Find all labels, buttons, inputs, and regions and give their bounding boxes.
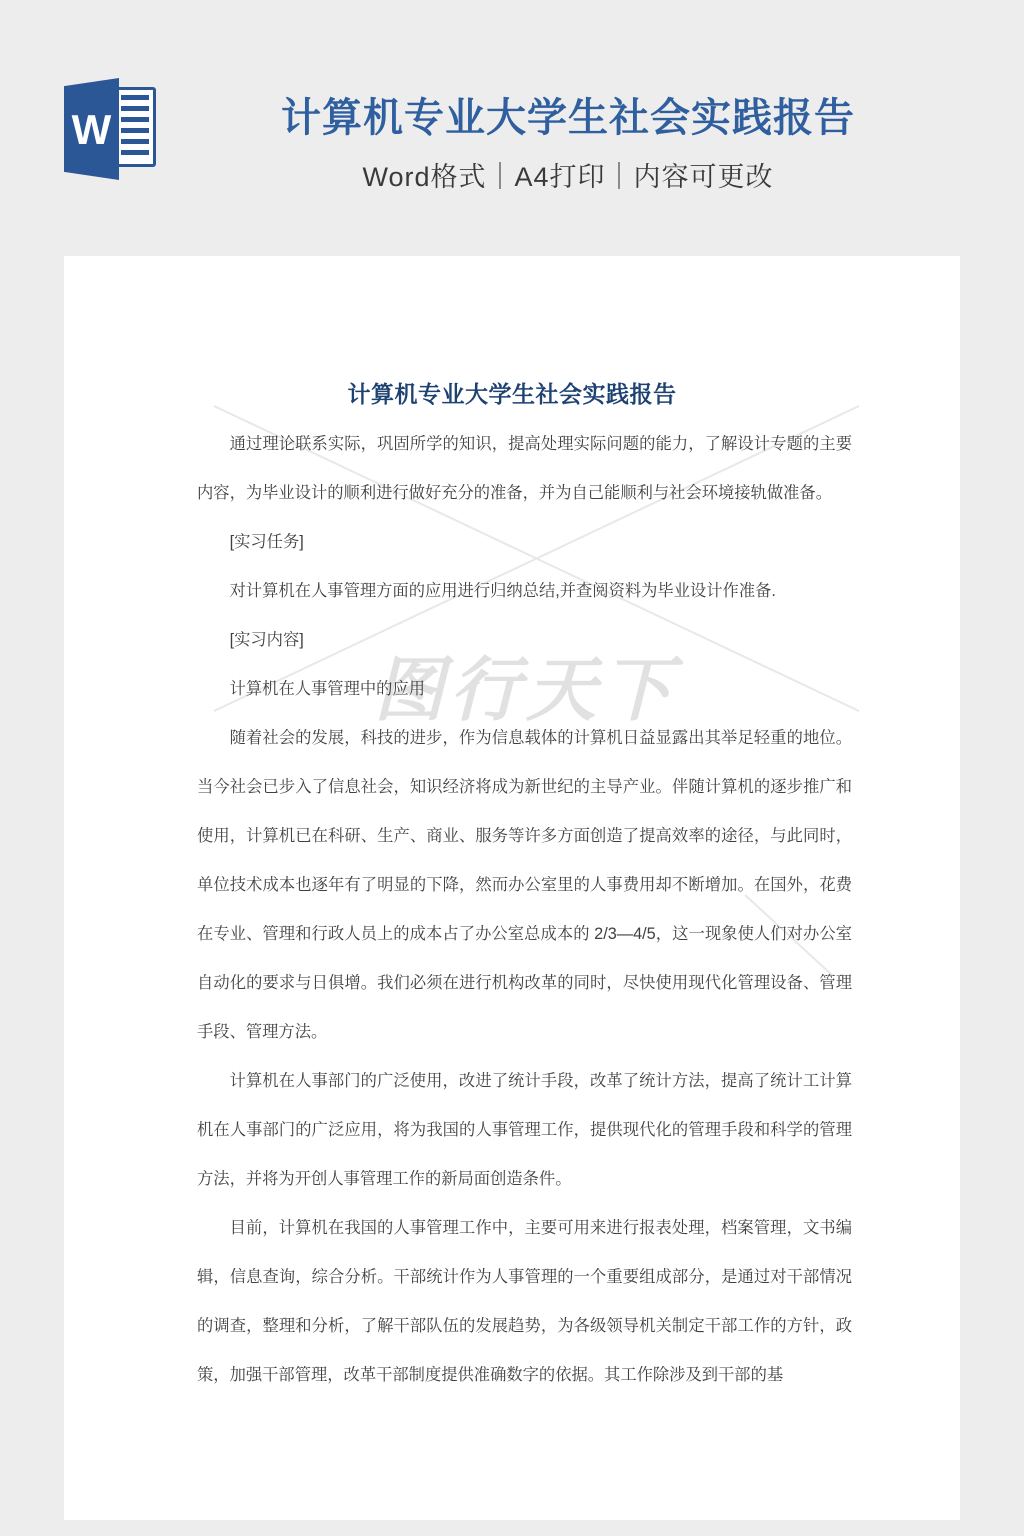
paragraph: [实习内容] [197,616,852,665]
paragraph: 对计算机在人事管理方面的应用进行归纳总结,并查阅资料为毕业设计作准备. [197,567,852,616]
paragraph: 目前，计算机在我国的人事管理工作中，主要可用来进行报表处理，档案管理，文书编辑，… [197,1204,852,1400]
word-icon-panel: W [64,78,119,180]
paragraph: 计算机在人事管理中的应用 [197,665,852,714]
template-title: 计算机专业大学生社会实践报告 [112,96,1024,140]
paragraph: [实习任务] [197,518,852,567]
document-title: 计算机专业大学生社会实践报告 [64,256,960,408]
header-text-block: 计算机专业大学生社会实践报告 Word格式｜A4打印｜内容可更改 [112,96,1024,194]
paragraph: 计算机在人事部门的广泛使用，改进了统计手段，改革了统计方法，提高了统计工计算机在… [197,1057,852,1204]
word-icon-letter: W [72,104,112,154]
paragraph: 随着社会的发展，科技的进步，作为信息载体的计算机日益显露出其举足轻重的地位。当今… [197,714,852,1057]
document-body: 通过理论联系实际，巩固所学的知识，提高处理实际问题的能力，了解设计专题的主要内容… [197,420,852,1400]
document-page: 图行天下 计算机专业大学生社会实践报告 通过理论联系实际，巩固所学的知识，提高处… [64,256,960,1520]
paragraph: 通过理论联系实际，巩固所学的知识，提高处理实际问题的能力，了解设计专题的主要内容… [197,420,852,518]
template-subtitle: Word格式｜A4打印｜内容可更改 [112,155,1024,194]
template-header: W 计算机专业大学生社会实践报告 Word格式｜A4打印｜内容可更改 [0,0,1024,256]
